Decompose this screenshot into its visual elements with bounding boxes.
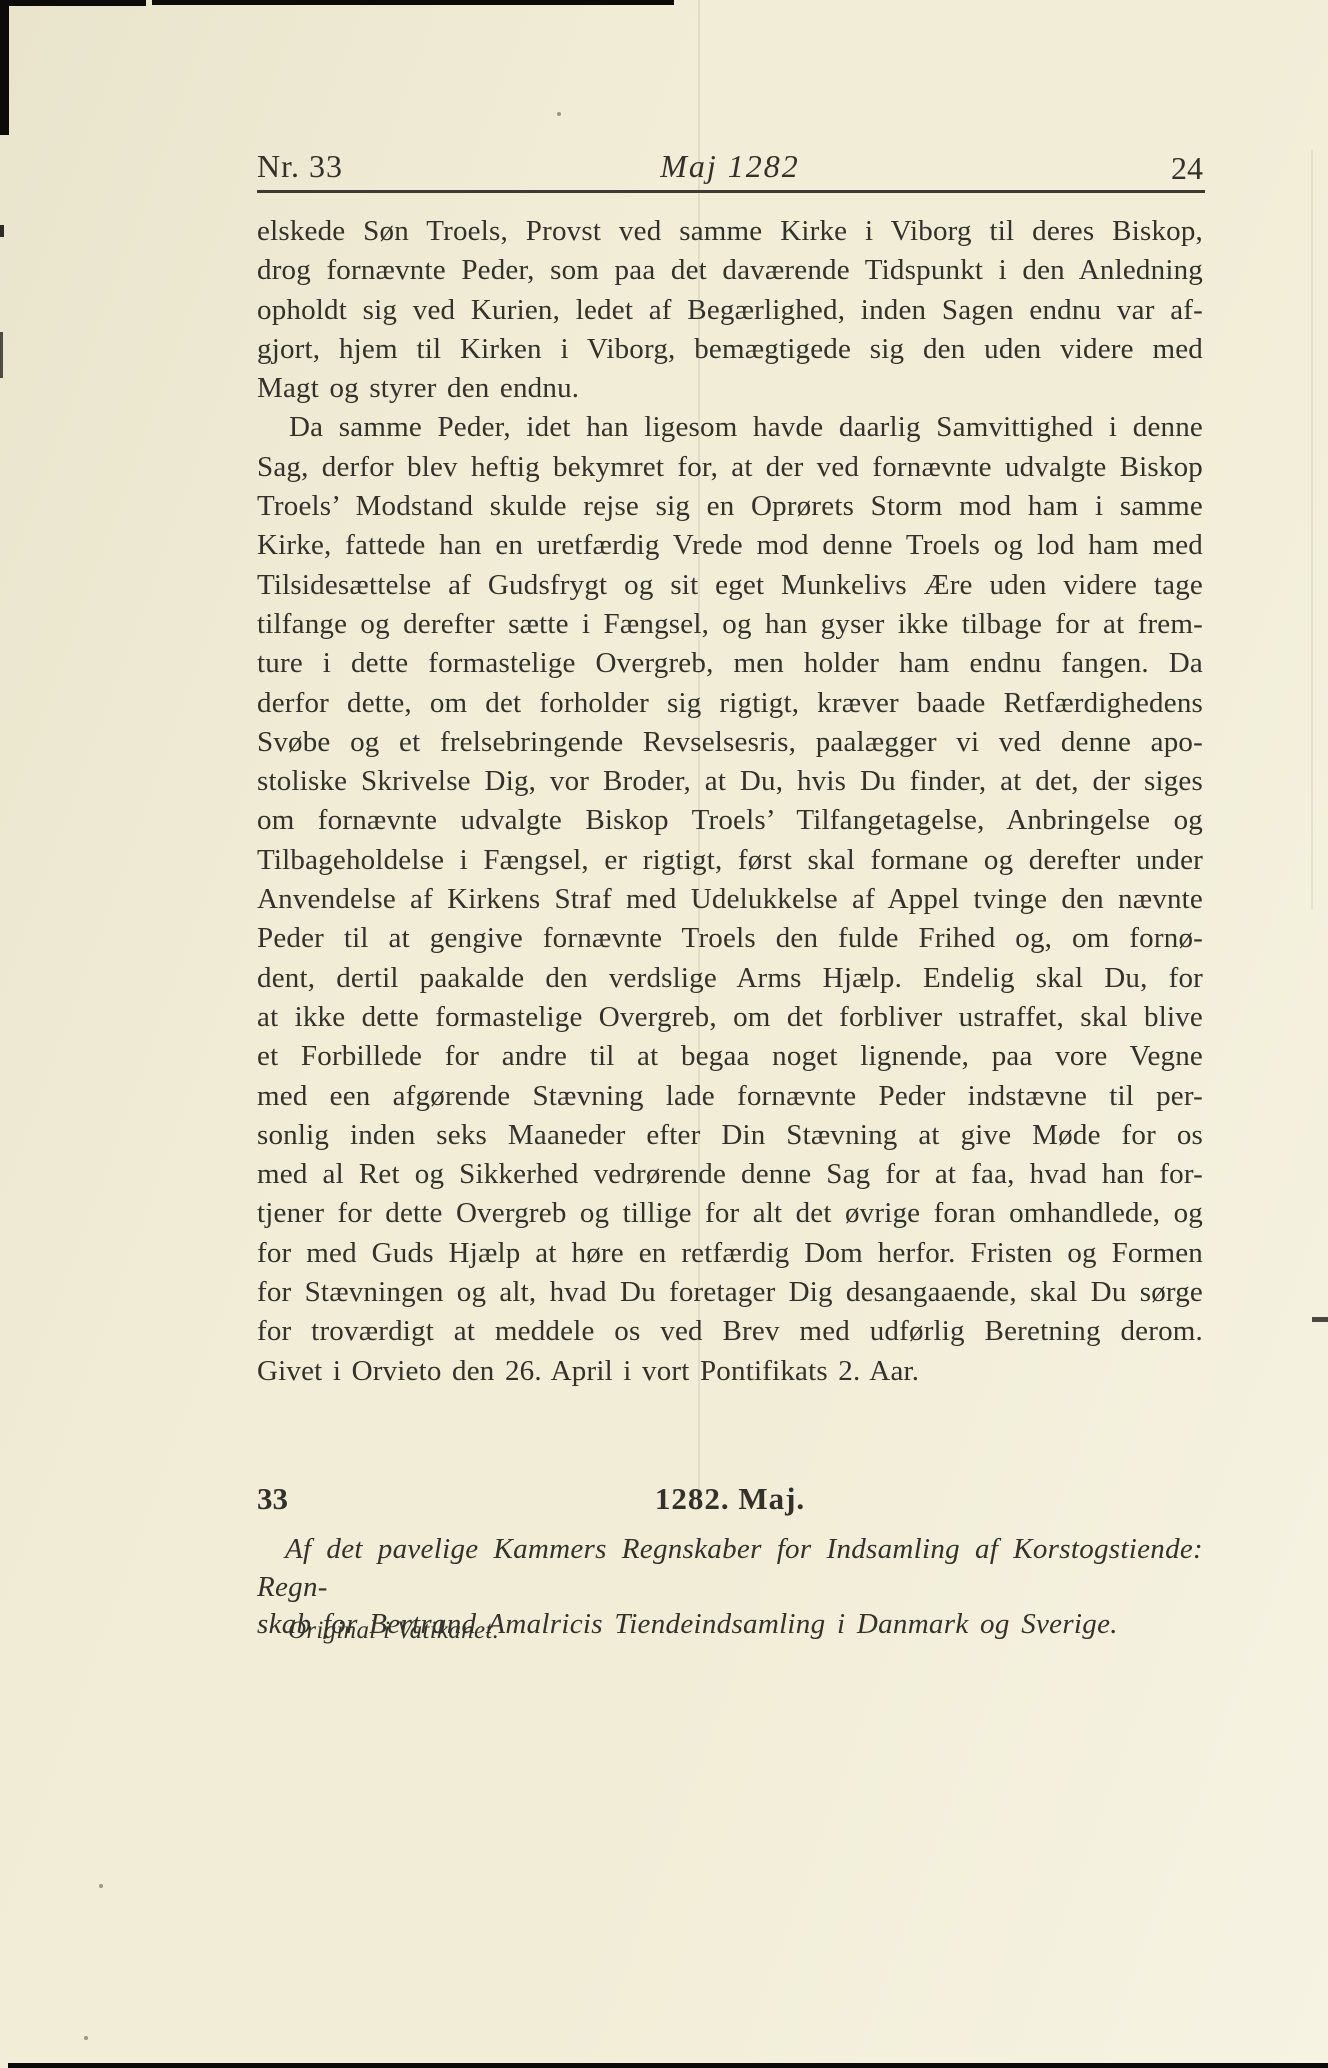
scanned-book-page: Nr. 33 Maj 1282 24 elskede Søn Troels, P… [0,0,1328,2068]
text-line: Anvendelse af Kirkens Straf med Udelukke… [257,880,1203,919]
paper-speck [557,112,561,116]
text-line: Peder til at gengive fornævnte Troels de… [257,919,1203,958]
paper-speck [84,2036,88,2040]
text-line: Troels’ Modstand skulde rejse sig en Opr… [257,487,1203,526]
text-line: derfor dette, om det forholder sig rigti… [257,684,1203,723]
text-line: Svøbe og et frelsebringende Revselsesris… [257,723,1203,762]
text-line: tilfange og derefter sætte i Fængsel, og… [257,605,1203,644]
text-line: at ikke dette formastelige Overgreb, om … [257,998,1203,1037]
text-line: Da samme Peder, idet han ligesom havde d… [257,408,1203,447]
text-line: gjort, hjem til Kirken i Viborg, bemægti… [257,330,1203,369]
text-line: Givet i Orvieto den 26. April i vort Pon… [257,1352,1203,1391]
text-line: for med Guds Hjælp at høre en retfærdig … [257,1234,1203,1273]
text-line: med een afgørende Stævning lade fornævnt… [257,1077,1203,1116]
text-line: drog fornævnte Peder, som paa det davære… [257,251,1203,290]
provenance-note: Original i Vatikanet. [288,1617,499,1645]
text-line: sonlig inden seks Maaneder efter Din Stæ… [257,1116,1203,1155]
text-line: for troværdigt at meddele os ved Brev me… [257,1312,1203,1351]
text-line: elskede Søn Troels, Provst ved samme Kir… [257,212,1203,251]
paper-crease [1311,150,1313,910]
text-line: opholdt sig ved Kurien, ledet af Begærli… [257,291,1203,330]
scan-artifact-top-bar [152,0,674,5]
text-line: Kirke, fattede han en uretfærdig Vrede m… [257,526,1203,565]
letter-text: elskede Søn Troels, Provst ved samme Kir… [257,212,1203,1391]
page-number: 24 [1171,150,1203,187]
text-line: et Forbillede for andre til at begaa nog… [257,1037,1203,1076]
paper-speck [99,1884,103,1888]
section-heading: 33 1282. Maj. [257,1481,1203,1521]
text-line: Sag, derfor blev heftig bekymret for, at… [257,448,1203,487]
text-line: ture i dette formastelige Overgreb, men … [257,644,1203,683]
text-line: for Stævningen og alt, hvad Du foretager… [257,1273,1203,1312]
text-line: tjener for dette Overgreb og tillige for… [257,1194,1203,1233]
section-date: 1282. Maj. [257,1481,1203,1517]
text-line: om fornævnte udvalgte Biskop Troels’ Til… [257,801,1203,840]
scan-artifact-bottom-bar [8,2063,1328,2068]
text-line: Magt og styrer den endnu. [257,369,1203,408]
scan-artifact-top-bar-left [0,0,146,6]
text-line: Af det pavelige Kammers Regnskaber for I… [257,1531,1203,1606]
header-rule [257,190,1205,193]
scan-artifact-right-dash [1312,1317,1328,1322]
text-line: med al Ret og Sikkerhed vedrørende denne… [257,1155,1203,1194]
text-line: dent, dertil paakalde den verdslige Arms… [257,959,1203,998]
text-line: stoliske Skrivelse Dig, vor Broder, at D… [257,762,1203,801]
scan-artifact-left-tick [0,225,4,237]
running-head-date: Maj 1282 [257,148,1203,185]
scan-artifact-left-bar [0,0,9,135]
running-head: Nr. 33 Maj 1282 24 [257,148,1203,188]
text-line: Tilbageholdelse i Fængsel, er rigtigt, f… [257,841,1203,880]
scan-artifact-left-tick [0,332,3,378]
text-line: Tilsidesættelse af Gudsfrygt og sit eget… [257,566,1203,605]
